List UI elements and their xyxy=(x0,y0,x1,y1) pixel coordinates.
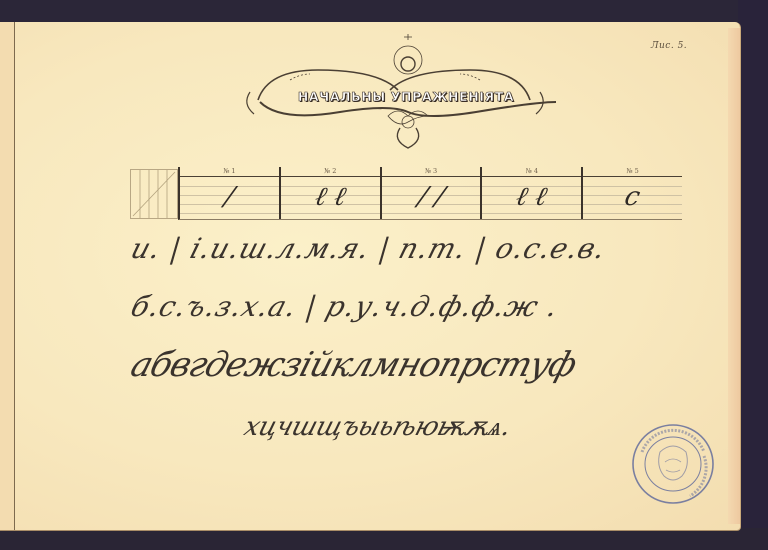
page-title: НАЧАЛЬНЫ УПРАЖНЕНІЯТА xyxy=(290,89,522,104)
exercise-grid: № 1 / № 2 ℓ ℓ № 3 / / № 4 ℓ ℓ № 5 c xyxy=(130,167,680,217)
exercise-cells: № 1 / № 2 ℓ ℓ № 3 / / № 4 ℓ ℓ № 5 c xyxy=(178,167,682,220)
script-line-4: хцчшщъыьѣюѭѫѧ. xyxy=(241,412,515,442)
exercise-cell-5: № 5 c xyxy=(583,167,682,219)
exercise-number: № 1 xyxy=(180,167,279,177)
exercise-glyph: / xyxy=(177,182,282,212)
binding-edge xyxy=(0,22,15,530)
exercise-cell-2: № 2 ℓ ℓ xyxy=(281,167,382,219)
exercise-number: № 4 xyxy=(482,167,581,177)
script-line-2: б.с.ъ.з.х.а. | р.у.ч.д.ф.ф.ж . xyxy=(127,290,562,323)
scanner-background-top xyxy=(0,0,768,22)
exercise-cell-3: № 3 / / xyxy=(382,167,483,219)
exercise-glyph: / / xyxy=(378,182,483,212)
exercise-glyph: c xyxy=(580,182,685,212)
sheet-number: Лис. 5. xyxy=(651,41,687,51)
scanner-background-right xyxy=(738,0,768,550)
library-stamp-icon xyxy=(630,422,716,506)
scanner-background-bottom xyxy=(0,528,768,550)
slant-guide xyxy=(130,169,178,219)
exercise-glyph: ℓ ℓ xyxy=(479,182,584,212)
exercise-glyph: ℓ ℓ xyxy=(278,182,383,212)
exercise-number: № 3 xyxy=(382,167,481,177)
exercise-cell-1: № 1 / xyxy=(180,167,281,219)
exercise-number: № 2 xyxy=(281,167,380,177)
exercise-cell-4: № 4 ℓ ℓ xyxy=(482,167,583,219)
script-line-3: абвгдежзійклмнопрстуф xyxy=(126,345,580,385)
page-edge xyxy=(728,28,740,524)
script-line-1: и. | і.и.ш.л.м.я. | п.т. | о.с.е.в. xyxy=(127,232,610,265)
exercise-number: № 5 xyxy=(583,167,682,177)
